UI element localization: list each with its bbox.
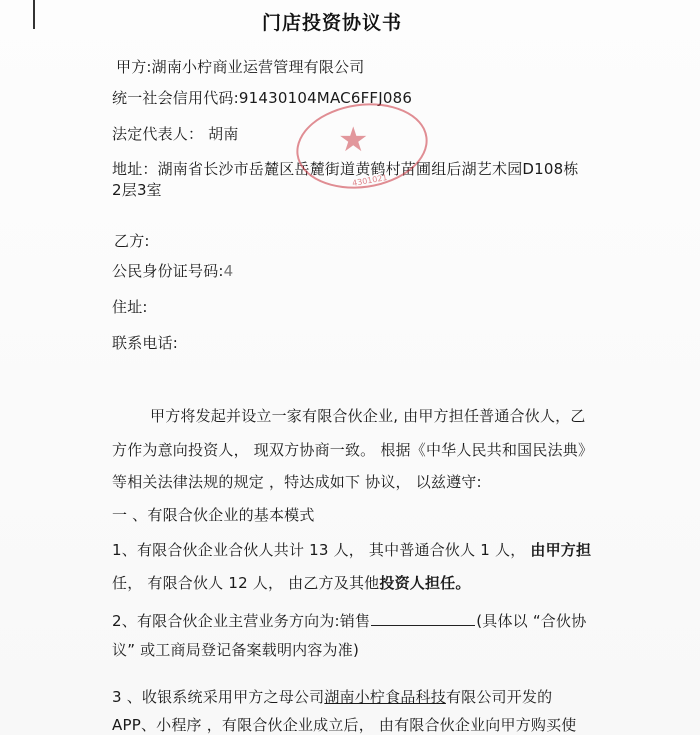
credit-code-value: 91430104MAC6FFJ086: [239, 89, 412, 107]
party-a-name: 甲方:湖南小柠商业运营管理有限公司: [116, 58, 364, 76]
clause3-text-a: 3 、收银系统采用甲方之母公司: [112, 688, 324, 706]
document-title: 门店投资协议书: [262, 14, 402, 32]
party-b-phone-label: 联系电话:: [112, 334, 178, 352]
clause2-text-b: (具体以 “合伙协: [476, 612, 586, 630]
address-line2: 2层3室: [112, 181, 162, 199]
address-label: 地址：: [112, 160, 158, 178]
section1-heading: 一 、有限合伙企业的基本模式: [112, 506, 315, 524]
document-page: 门店投资协议书 甲方:湖南小柠商业运营管理有限公司 统一社会信用代码:91430…: [0, 0, 700, 735]
clause2-line2: 议” 或工商局登记备案载明内容为准): [112, 641, 359, 659]
legal-rep-label: 法定代表人：: [112, 125, 203, 143]
party-a-credit-code: 统一社会信用代码:91430104MAC6FFJ086: [112, 89, 412, 107]
clause1-text-b: 由甲方担: [530, 541, 591, 559]
clause2-text-a: 2、有限合伙企业主营业务方向为:销售: [112, 612, 370, 630]
party-a-label: 甲方:: [116, 58, 152, 76]
clause1-line2-b: 投资人担任。: [379, 574, 470, 592]
party-b-label: 乙方:: [114, 232, 150, 250]
preamble-line1: 甲方将发起并设立一家有限合伙企业, 由甲方担任普通合伙人，乙: [150, 407, 586, 425]
credit-code-label: 统一社会信用代码:: [112, 89, 239, 107]
page-edge-line: [33, 0, 35, 29]
clause1-text-a: 1、有限合伙企业合伙人共计 13 人， 其中普通合伙人 1 人，: [112, 541, 525, 559]
id-label: 公民身份证号码:: [112, 262, 224, 280]
sales-blank-line: [371, 611, 475, 626]
party-b-id: 公民身份证号码:4: [112, 262, 233, 280]
legal-rep-value: 胡南: [208, 125, 238, 143]
preamble-line2: 方作为意向投资人， 现双方协商一致。 根据《中华人民共和国民法典》: [112, 441, 593, 459]
party-a-address: 地址：湖南省长沙市岳麓区岳麓街道黄鹤村苗圃组后湖艺术园D108栋: [112, 160, 579, 178]
clause2-line1: 2、有限合伙企业主营业务方向为:销售(具体以 “合伙协: [112, 611, 586, 630]
party-a-company: 湖南小柠商业运营管理有限公司: [152, 58, 365, 76]
clause3-line1: 3 、收银系统采用甲方之母公司湖南小柠食品科技有限公司开发的: [112, 688, 552, 706]
clause1-line2-a: 任， 有限合伙人 12 人， 由乙方及其他: [112, 574, 379, 592]
clause1-line2: 任， 有限合伙人 12 人， 由乙方及其他投资人担任。: [112, 574, 471, 592]
clause3-text-c: 有限公司开发的: [446, 688, 552, 706]
clause3-line2: APP、小程序 ，有限合伙企业成立后， 由有限合伙企业向甲方购买使: [112, 716, 577, 734]
clause1-line1: 1、有限合伙企业合伙人共计 13 人， 其中普通合伙人 1 人， 由甲方担: [112, 541, 591, 559]
id-value: 4: [224, 262, 234, 280]
seal-star-icon: ★: [338, 120, 368, 160]
preamble-line3: 等相关法律法规的规定 ，特达成如下 协议， 以兹遵守:: [112, 473, 482, 491]
party-b-address-label: 住址:: [112, 298, 148, 316]
party-a-legal-rep: 法定代表人： 胡南: [112, 125, 239, 143]
parent-company-name: 湖南小柠食品科技: [324, 688, 446, 706]
